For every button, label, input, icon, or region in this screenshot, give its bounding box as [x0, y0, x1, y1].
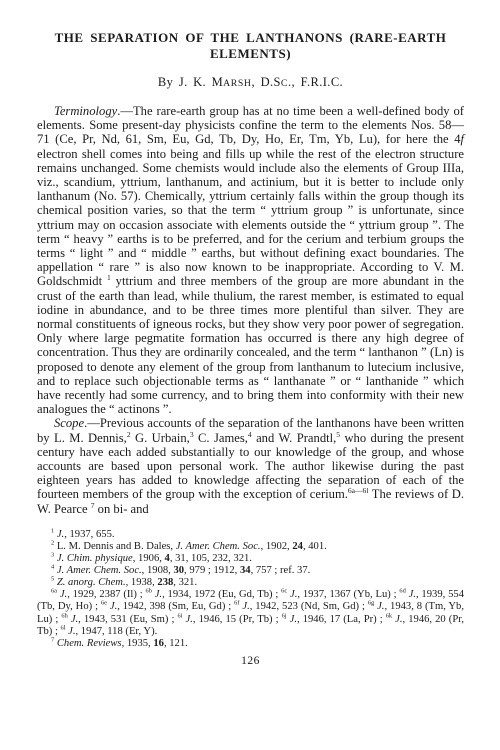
text-run: f	[461, 132, 465, 146]
text-run: Terminology	[54, 104, 117, 118]
footnotes-section: 1 J., 1937, 655. 2 L. M. Dennis and B. D…	[37, 529, 464, 650]
text-run: , 1943, 531 (Eu, Sm) ;	[78, 614, 177, 625]
text-run: , 321.	[173, 577, 197, 588]
text-run: J.	[406, 589, 416, 600]
text-run: , 1942, 523 (Nd, Sm, Gd) ;	[250, 601, 368, 612]
text-run: , D.S	[252, 75, 281, 89]
text-run: J. Amer. Chem. Soc.	[176, 541, 261, 552]
text-run: , 1934, 1972 (Eu, Gd, Tb) ;	[162, 589, 281, 600]
text-run: C. James,	[194, 431, 248, 445]
text-run: 34	[240, 565, 251, 576]
footnote-4: 4 J. Amer. Chem. Soc., 1908, 30, 979 ; 1…	[37, 565, 464, 577]
page-number: 126	[37, 655, 464, 667]
text-run: and W. Prandtl,	[252, 431, 337, 445]
text-run: ARSH	[223, 78, 251, 89]
text-run: J.	[152, 589, 162, 600]
text-run: J.	[66, 626, 76, 637]
text-run: electron shell comes into being and fill…	[37, 147, 464, 289]
article-byline: By J. K. MARSH, D.SC., F.R.I.C.	[37, 75, 464, 90]
text-run: , 401.	[303, 541, 327, 552]
text-run: ., F.R.I.C.	[288, 75, 343, 89]
text-run: J.	[68, 614, 78, 625]
text-run: , 1937, 1367 (Yb, Lu) ;	[297, 589, 399, 600]
text-run: J.	[57, 589, 67, 600]
text-run: , 1937, 655.	[64, 529, 114, 540]
text-run: G. Urbain,	[131, 431, 190, 445]
text-run: , 1942, 398 (Sm, Eu, Gd) ;	[117, 601, 234, 612]
text-run: , 1908,	[142, 565, 174, 576]
text-run: , 757 ; ref. 37.	[251, 565, 311, 576]
text-run: 238	[157, 577, 173, 588]
text-run: J.	[107, 601, 117, 612]
text-run: , 1935,	[122, 638, 154, 649]
text-run: J. Chim. physique	[54, 553, 133, 564]
text-run: Chem. Reviews	[54, 638, 121, 649]
text-run: 16	[153, 638, 164, 649]
text-run: By J. K. M	[158, 75, 223, 89]
text-run: , 121.	[164, 638, 188, 649]
footnote-2: 2 L. M. Dennis and B. Dales, J. Amer. Ch…	[37, 541, 464, 553]
paragraph-scope: Scope.—Previous accounts of the separati…	[37, 416, 464, 515]
text-run: yttrium and three members of the group a…	[37, 274, 464, 416]
text-run: , 1938,	[126, 577, 158, 588]
text-run: Z. anorg. Chem.	[54, 577, 125, 588]
text-run: , 1902,	[261, 541, 293, 552]
footnote-3: 3 J. Chim. physique, 1906, 4, 31, 105, 2…	[37, 553, 464, 565]
text-run: 30	[173, 565, 184, 576]
text-run: L. M. Dennis and B. Dales,	[54, 541, 176, 552]
text-run: 24	[292, 541, 303, 552]
text-run: , 1906,	[133, 553, 165, 564]
text-run: J.	[287, 614, 297, 625]
article-body: Terminology.—The rare-earth group has at…	[37, 104, 464, 516]
text-run: J.	[374, 601, 384, 612]
text-run: J.	[392, 614, 402, 625]
text-run: , 31, 105, 232, 321.	[170, 553, 252, 564]
journal-page: THE SEPARATION OF THE LANTHANONS (RARE-E…	[0, 0, 500, 750]
text-run: Scope	[54, 416, 84, 430]
text-run: C	[281, 78, 288, 89]
paragraph-terminology: Terminology.—The rare-earth group has at…	[37, 104, 464, 416]
text-run: , 979 ; 1912,	[184, 565, 240, 576]
footnote-6: 6a J., 1929, 2387 (Il) ; 6b J., 1934, 19…	[37, 589, 464, 637]
article-title: THE SEPARATION OF THE LANTHANONS (RARE-E…	[37, 30, 464, 62]
footnote-1: 1 J., 1937, 655.	[37, 529, 464, 541]
text-run: 6a—6l	[348, 486, 369, 495]
text-run: J.	[54, 529, 64, 540]
text-run: on bi- and	[95, 502, 149, 516]
text-run: , 1929, 2387 (Il) ;	[67, 589, 145, 600]
text-run: J.	[182, 614, 192, 625]
text-run: , 1946, 15 (Pr, Tb) ;	[193, 614, 282, 625]
footnote-7: 7 Chem. Reviews, 1935, 16, 121.	[37, 638, 464, 650]
text-run: J.	[239, 601, 249, 612]
text-run: J. Amer. Chem. Soc.	[54, 565, 141, 576]
text-run: , 1946, 17 (La, Pr) ;	[297, 614, 386, 625]
text-run: , 1947, 118 (Er, Y).	[76, 626, 158, 637]
text-run: J.	[287, 589, 297, 600]
